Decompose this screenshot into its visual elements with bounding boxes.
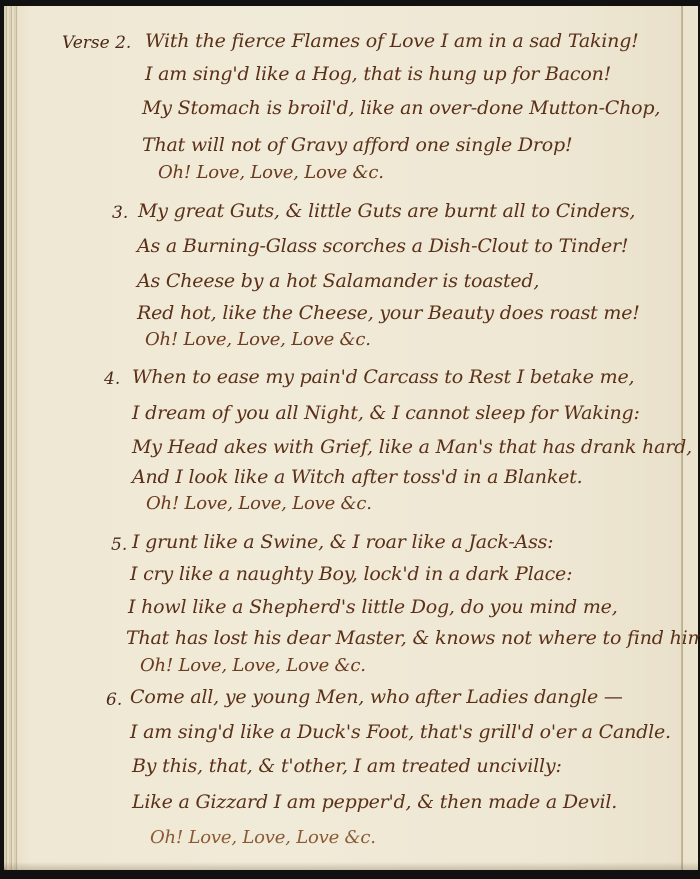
verse-line: I am sing'd like a Hog, that is hung up … xyxy=(145,63,611,85)
verse-line: That will not of Gravy afford one single… xyxy=(142,134,572,156)
verse-line: I am sing'd like a Duck's Foot, that's g… xyxy=(130,721,671,743)
verse-line: With the fierce Flames of Love I am in a… xyxy=(145,30,639,52)
verse-line: That has lost his dear Master, & knows n… xyxy=(126,627,700,649)
refrain-line: Oh! Love, Love, Love &c. xyxy=(140,655,366,676)
verse-line: I dream of you all Night, & I cannot sle… xyxy=(132,402,640,424)
verse-number: 4. xyxy=(104,369,120,389)
verse-number: 5. xyxy=(111,535,127,555)
stacked-page-edges xyxy=(4,6,18,870)
verse-line: When to ease my pain'd Carcass to Rest I… xyxy=(132,366,634,388)
refrain-line: Oh! Love, Love, Love &c. xyxy=(150,827,376,848)
verse-line: My Head akes with Grief, like a Man's th… xyxy=(132,436,692,458)
refrain-line: Oh! Love, Love, Love &c. xyxy=(145,329,371,350)
verse-number: 6. xyxy=(106,690,122,710)
verse-line: I grunt like a Swine, & I roar like a Ja… xyxy=(132,531,553,553)
verse-line: As Cheese by a hot Salamander is toasted… xyxy=(137,270,539,292)
verse-line: I howl like a Shepherd's little Dog, do … xyxy=(128,596,618,618)
verse-line: My great Guts, & little Guts are burnt a… xyxy=(138,200,635,222)
verse-line: My Stomach is broil'd, like an over-done… xyxy=(142,97,660,119)
page-bottom-shadow xyxy=(4,862,698,870)
verse-line: As a Burning-Glass scorches a Dish-Clout… xyxy=(137,235,628,257)
refrain-line: Oh! Love, Love, Love &c. xyxy=(158,162,384,183)
verse-number: 3. xyxy=(112,203,128,223)
verse-line: By this, that, & t'other, I am treated u… xyxy=(132,755,562,777)
verse-line: Like a Gizzard I am pepper'd, & then mad… xyxy=(132,791,617,813)
verse-line: Red hot, like the Cheese, your Beauty do… xyxy=(137,302,640,324)
verse-line: I cry like a naughty Boy, lock'd in a da… xyxy=(130,563,572,585)
refrain-line: Oh! Love, Love, Love &c. xyxy=(146,493,372,514)
verse-line: Come all, ye young Men, who after Ladies… xyxy=(130,686,623,708)
verse-number: Verse 2. xyxy=(62,33,131,53)
verse-line: And I look like a Witch after toss'd in … xyxy=(132,466,582,488)
